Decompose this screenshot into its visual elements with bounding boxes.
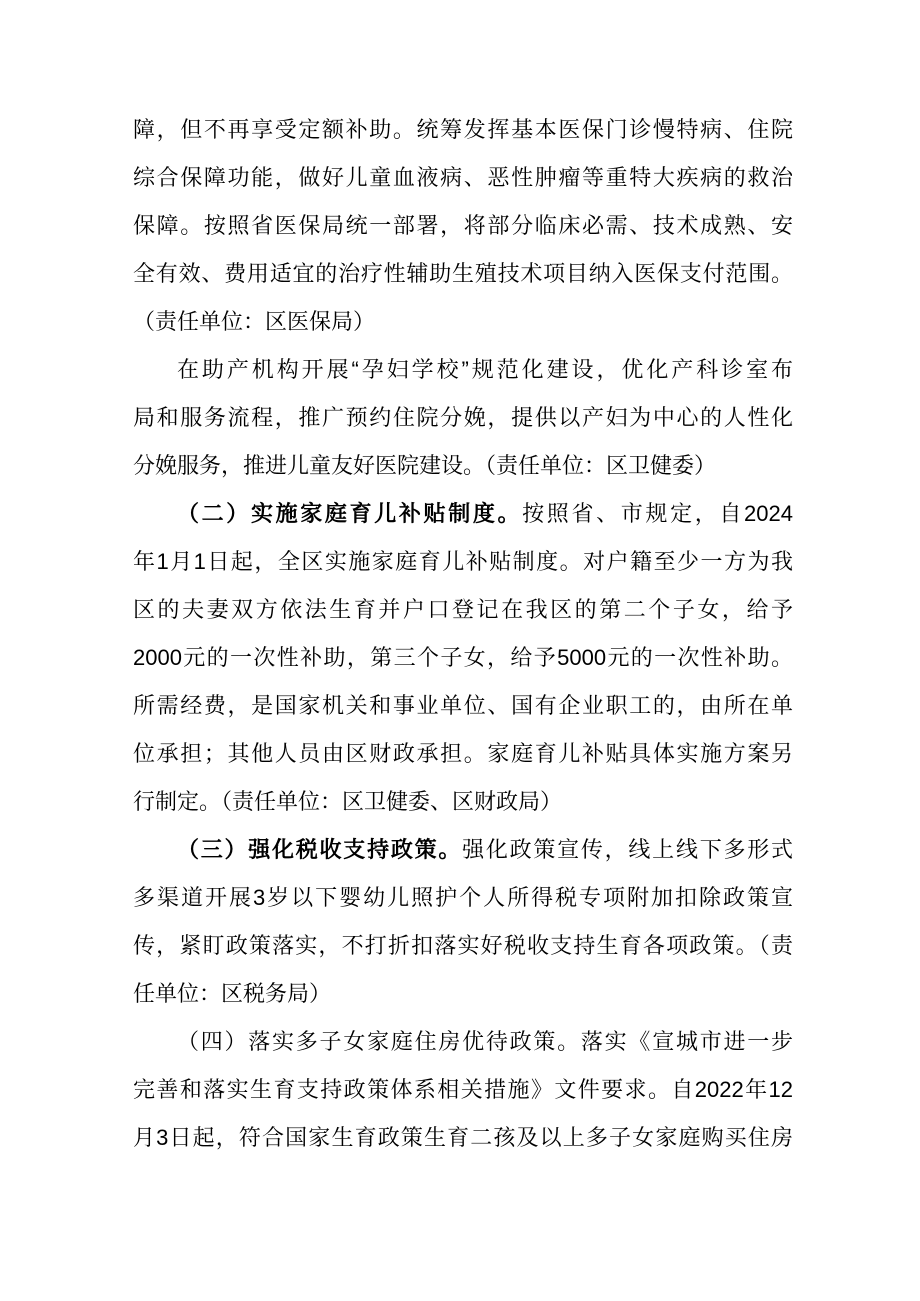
text-run: 强化政策宣传，线上线下多形式 <box>462 837 793 862</box>
text-line: 年1月1日起，全区实施家庭育儿补贴制度。对户籍至少一方为我 <box>133 538 793 586</box>
text-line: 综合保障功能，做好儿童血液病、恶性肿瘤等重特大疾病的救治 <box>133 154 793 202</box>
text-line: 区的夫妻双方依法生育并户口登记在我区的第二个子女，给予 <box>133 586 793 634</box>
text-line: 行制定。（责任单位：区卫健委、区财政局） <box>133 778 793 826</box>
text-run: 按照省、市规定，自2024 <box>522 501 793 526</box>
text-run: 年1月1日起，全区实施家庭育儿补贴制度。对户籍至少一方为我 <box>133 549 793 574</box>
text-line: 保障。按照省医保局统一部署，将部分临床必需、技术成熟、安 <box>133 202 793 250</box>
text-run: 行制定。（责任单位：区卫健委、区财政局） <box>133 789 562 814</box>
section-heading-run: （三）强化税收支持政策。 <box>177 837 462 862</box>
text-line: 完善和落实生育支持政策体系相关措施》文件要求。自2022年12 <box>133 1066 793 1114</box>
text-line: （二）实施家庭育儿补贴制度。按照省、市规定，自2024 <box>133 490 793 538</box>
text-line: 全有效、费用适宜的治疗性辅助生殖技术项目纳入医保支付范围。 <box>133 250 793 298</box>
text-run: 完善和落实生育支持政策体系相关措施》文件要求。自2022年12 <box>133 1077 793 1102</box>
text-run: 局和服务流程，推广预约住院分娩，提供以产妇为中心的人性化 <box>133 405 793 430</box>
text-run: 综合保障功能，做好儿童血液病、恶性肿瘤等重特大疾病的救治 <box>133 165 793 190</box>
text-line: 在助产机构开展“孕妇学校”规范化建设，优化产科诊室布 <box>133 346 793 394</box>
text-run: 2000元的一次性补助，第三个子女，给予5000元的一次性补助。 <box>133 645 793 670</box>
text-line: （四）落实多子女家庭住房优待政策。落实《宣城市进一步 <box>133 1018 793 1066</box>
text-run: 多渠道开展3岁以下婴幼儿照护个人所得税专项附加扣除政策宣 <box>133 885 793 910</box>
text-run: 区的夫妻双方依法生育并户口登记在我区的第二个子女，给予 <box>133 597 793 622</box>
text-run: 所需经费，是国家机关和事业单位、国有企业职工的，由所在单 <box>133 693 793 718</box>
text-line: 多渠道开展3岁以下婴幼儿照护个人所得税专项附加扣除政策宣 <box>133 874 793 922</box>
document-body: 障，但不再享受定额补助。统筹发挥基本医保门诊慢特病、住院综合保障功能，做好儿童血… <box>133 106 793 1162</box>
text-line: （责任单位：区医保局） <box>133 298 793 346</box>
text-line: 障，但不再享受定额补助。统筹发挥基本医保门诊慢特病、住院 <box>133 106 793 154</box>
text-line: （三）强化税收支持政策。强化政策宣传，线上线下多形式 <box>133 826 793 874</box>
text-run: （四）落实多子女家庭住房优待政策。落实《宣城市进一步 <box>177 1029 793 1054</box>
text-run: 在助产机构开展“孕妇学校”规范化建设，优化产科诊室布 <box>177 357 793 382</box>
text-line: 2000元的一次性补助，第三个子女，给予5000元的一次性补助。 <box>133 634 793 682</box>
text-line: 局和服务流程，推广预约住院分娩，提供以产妇为中心的人性化 <box>133 394 793 442</box>
text-line: 任单位：区税务局） <box>133 970 793 1018</box>
text-line: 位承担；其他人员由区财政承担。家庭育儿补贴具体实施方案另 <box>133 730 793 778</box>
text-run: （责任单位：区医保局） <box>133 309 375 334</box>
section-heading-run: （二）实施家庭育儿补贴制度。 <box>177 501 522 526</box>
document-page: 障，但不再享受定额补助。统筹发挥基本医保门诊慢特病、住院综合保障功能，做好儿童血… <box>0 0 920 1301</box>
text-run: 保障。按照省医保局统一部署，将部分临床必需、技术成熟、安 <box>133 213 793 238</box>
text-line: 所需经费，是国家机关和事业单位、国有企业职工的，由所在单 <box>133 682 793 730</box>
text-line: 传，紧盯政策落实，不打折扣落实好税收支持生育各项政策。（责 <box>133 922 793 970</box>
text-run: 障，但不再享受定额补助。统筹发挥基本医保门诊慢特病、住院 <box>133 117 793 142</box>
text-run: 分娩服务，推进儿童友好医院建设。（责任单位：区卫健委） <box>133 453 716 478</box>
text-run: 传，紧盯政策落实，不打折扣落实好税收支持生育各项政策。（责 <box>133 933 793 958</box>
text-run: 位承担；其他人员由区财政承担。家庭育儿补贴具体实施方案另 <box>133 741 793 766</box>
text-run: 月3日起，符合国家生育政策生育二孩及以上多子女家庭购买住房 <box>133 1125 793 1150</box>
text-line: 月3日起，符合国家生育政策生育二孩及以上多子女家庭购买住房 <box>133 1114 793 1162</box>
text-run: 任单位：区税务局） <box>133 981 331 1006</box>
text-run: 全有效、费用适宜的治疗性辅助生殖技术项目纳入医保支付范围。 <box>133 261 793 286</box>
text-line: 分娩服务，推进儿童友好医院建设。（责任单位：区卫健委） <box>133 442 793 490</box>
